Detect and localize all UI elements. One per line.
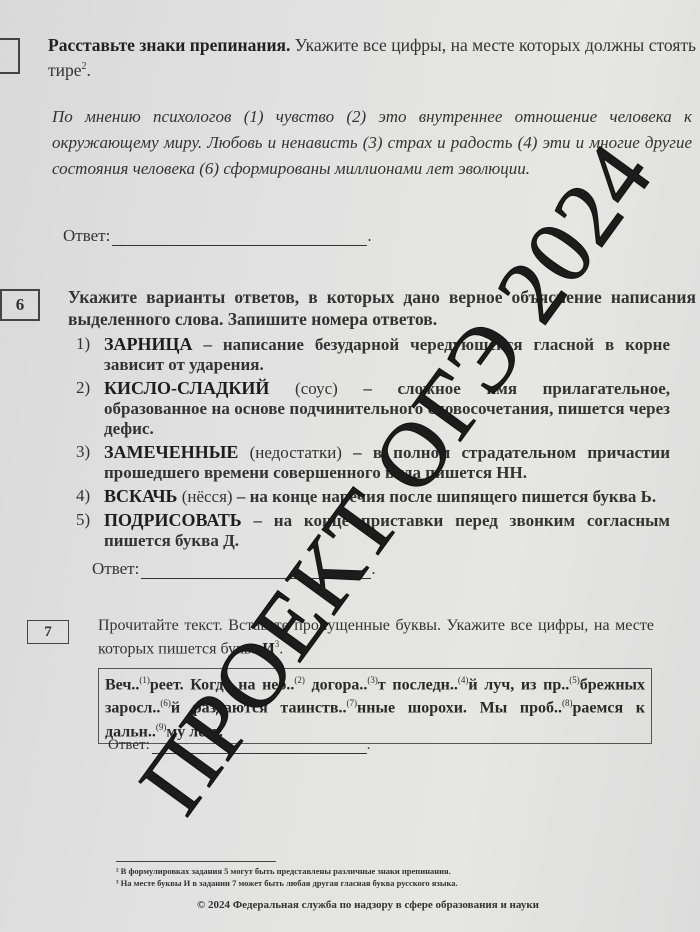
task-6-instruction: Укажите варианты ответов, в которых дано… [68, 286, 696, 330]
task-6-options: 1) ЗАРНИЦА – написание безударной череду… [76, 334, 670, 554]
answer-label: Ответ: [92, 559, 139, 579]
task-6-number-box: 6 [0, 289, 40, 321]
task-6-option-5: 5) ПОДРИСОВАТЬ – на конце приставки пере… [76, 510, 670, 551]
task-6-answer-field[interactable] [141, 564, 371, 579]
task-7-number-box: 7 [27, 620, 69, 644]
copyright: © 2024 Федеральная служба по надзору в с… [197, 899, 539, 911]
answer-label: Ответ: [63, 226, 110, 246]
highlighted-word: ПОДРИСОВАТЬ [104, 510, 242, 530]
footnote-divider [116, 861, 276, 862]
highlighted-word: ЗАРНИЦА [104, 334, 193, 354]
task-7-text-box: Веч..(1)реет. Когда на неб..(2) догора..… [98, 668, 652, 744]
task-5-answer-field[interactable] [112, 231, 367, 246]
task-6-option-4: 4) ВСКАЧЬ (нёсся) – на конце наречия пос… [76, 486, 670, 507]
task-5-answer: Ответ: . [63, 226, 372, 246]
highlighted-word: ВСКАЧЬ [104, 486, 177, 506]
task-6-option-1: 1) ЗАРНИЦА – написание безударной череду… [76, 334, 670, 375]
task-7-answer: Ответ: . [108, 737, 371, 754]
task-5-text: По мнению психологов (1) чувство (2) это… [52, 104, 692, 182]
task-7-answer-field[interactable] [152, 739, 367, 754]
highlighted-word: КИСЛО-СЛАДКИЙ [104, 378, 269, 398]
task-6-answer: Ответ: . [92, 559, 376, 579]
task-7-instruction: Прочитайте текст. Вставьте пропущенные б… [98, 616, 654, 658]
task-5-instruction: Расставьте знаки препинания. Укажите все… [48, 34, 696, 81]
highlighted-word: ЗАМЕЧЕННЫЕ [104, 442, 238, 462]
task-6-option-3: 3) ЗАМЕЧЕННЫЕ (недостатки) – в полном ст… [76, 442, 670, 483]
footnote-2: ² В формулировках задания 5 могут быть п… [116, 866, 451, 876]
exam-page: Расставьте знаки препинания. Укажите все… [0, 0, 700, 932]
task-5-instruction-bold: Расставьте знаки препинания. [48, 35, 290, 55]
footnote-3: ³ На месте буквы И в задании 7 может быт… [116, 878, 458, 888]
task-5-number-box [0, 38, 20, 74]
task-6-option-2: 2) КИСЛО-СЛАДКИЙ (соус) – сложное имя пр… [76, 378, 670, 439]
answer-label: Ответ: [108, 737, 150, 754]
